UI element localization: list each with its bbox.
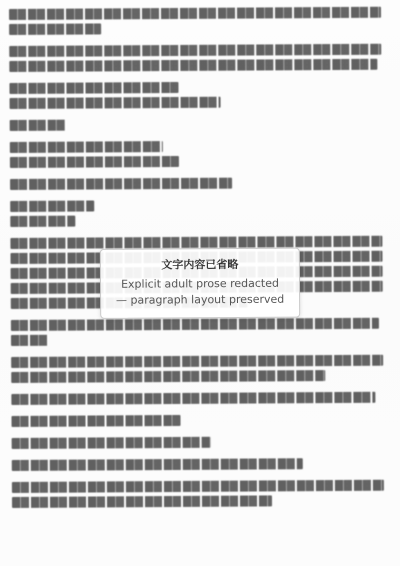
redacted-text-line xyxy=(12,437,211,449)
redacted-text-line xyxy=(11,392,375,405)
redacted-text-line xyxy=(9,44,381,57)
redacted-text-line xyxy=(11,370,325,383)
redacted-text-line xyxy=(9,23,101,35)
paragraph xyxy=(9,81,392,109)
paragraph xyxy=(12,480,395,508)
scanned-document-page: 文字内容已省略 Explicit adult prose redacted — … xyxy=(0,0,400,566)
paragraph xyxy=(12,458,395,471)
paragraph xyxy=(9,7,392,35)
redaction-notice-body: Explicit adult prose redacted — paragrap… xyxy=(116,276,284,306)
redacted-text-line xyxy=(10,216,75,227)
paragraph xyxy=(11,392,394,405)
redacted-text-line xyxy=(10,200,94,212)
paragraph xyxy=(11,414,394,427)
paragraph xyxy=(10,118,393,131)
redacted-text-line xyxy=(10,236,382,249)
paragraph xyxy=(9,44,392,72)
redacted-text-line xyxy=(10,97,221,109)
paragraph xyxy=(10,177,393,190)
redacted-text-line xyxy=(11,415,180,427)
paragraph xyxy=(12,436,395,449)
redacted-text-line xyxy=(10,120,68,131)
redacted-text-line xyxy=(9,82,178,94)
redacted-text-line xyxy=(10,141,163,153)
paragraph xyxy=(11,318,394,346)
paragraph xyxy=(10,199,393,227)
redacted-text-line xyxy=(9,59,377,72)
redacted-text-line xyxy=(11,335,49,346)
redacted-text-line xyxy=(11,318,379,331)
redacted-text-line xyxy=(12,458,303,471)
redacted-text-line xyxy=(11,355,383,368)
redacted-text-line xyxy=(10,156,179,168)
paragraph xyxy=(11,355,394,383)
paragraph xyxy=(10,140,393,168)
redaction-notice: 文字内容已省略 Explicit adult prose redacted — … xyxy=(100,248,300,319)
redacted-text-line xyxy=(9,7,381,20)
redacted-text-line xyxy=(12,495,272,508)
redacted-text-line xyxy=(12,480,384,493)
redaction-notice-title: 文字内容已省略 xyxy=(115,257,285,275)
redacted-text-line xyxy=(10,178,232,190)
